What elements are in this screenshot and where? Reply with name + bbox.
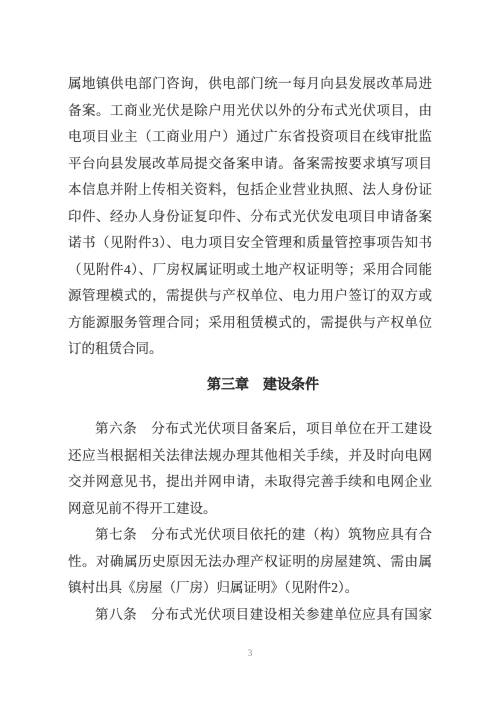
- body-line: 本信息并附上传相关资料，包括企业营业执照、法人身份证复: [68, 177, 432, 204]
- paragraph-article-6: 第六条 分布式光伏项目备案后，项目单位在开工建设前 还应当根据相关法律法规办理其…: [68, 416, 432, 522]
- body-line: 第七条 分布式光伏项目依托的建（构）筑物应具有合法: [68, 522, 432, 549]
- body-line: 网意见前不得开工建设。: [68, 496, 432, 523]
- body-line: 镇村出具《房屋（厂房）归属证明》（见附件2）。: [68, 575, 432, 602]
- body-line: 电项目业主（工商业用户）通过广东省投资项目在线审批监管: [68, 124, 432, 151]
- body-line: 属地镇供电部门咨询，供电部门统一每月向县发展改革局进行: [68, 71, 432, 98]
- body-line: 第八条 分布式光伏项目建设相关参建单位应具有国家规: [68, 602, 432, 629]
- body-line: 印件、经办人身份证复印件、分布式光伏发电项目申请备案承: [68, 204, 432, 231]
- page-number: 3: [0, 648, 500, 658]
- body-line: （见附件4）、厂房权属证明或土地产权证明等；采用合同能: [68, 257, 432, 284]
- body-line: 还应当根据相关法律法规办理其他相关手续，并及时向电网提: [68, 443, 432, 470]
- chapter-heading: 第三章 建设条件: [68, 373, 432, 400]
- body-line: 性。对确属历史原因无法办理产权证明的房屋建筑、需由属地: [68, 549, 432, 576]
- body-line: 交并网意见书，提出并网申请，未取得完善手续和电网企业并: [68, 469, 432, 496]
- body-line: 诺书（见附件3）、电力项目安全管理和质量管控事项告知书: [68, 230, 432, 257]
- body-line: 备案。工商业光伏是除户用光伏以外的分布式光伏项目，由发: [68, 98, 432, 125]
- document-body: 属地镇供电部门咨询，供电部门统一每月向县发展改革局进行 备案。工商业光伏是除户用…: [68, 71, 432, 628]
- body-line: 源管理模式的，需提供与产权单位、电力用户签订的双方或三: [68, 283, 432, 310]
- paragraph-article-7: 第七条 分布式光伏项目依托的建（构）筑物应具有合法 性。对确属历史原因无法办理产…: [68, 522, 432, 602]
- paragraph-filing: 属地镇供电部门咨询，供电部门统一每月向县发展改革局进行 备案。工商业光伏是除户用…: [68, 71, 432, 363]
- body-line: 第六条 分布式光伏项目备案后，项目单位在开工建设前: [68, 416, 432, 443]
- body-line: 订的租赁合同。: [68, 336, 432, 363]
- document-page: 属地镇供电部门咨询，供电部门统一每月向县发展改革局进行 备案。工商业光伏是除户用…: [0, 0, 500, 706]
- paragraph-article-8: 第八条 分布式光伏项目建设相关参建单位应具有国家规: [68, 602, 432, 629]
- body-line: 方能源服务管理合同；采用租赁模式的，需提供与产权单位签: [68, 310, 432, 337]
- body-line: 平台向县发展改革局提交备案申请。备案需按要求填写项目基: [68, 151, 432, 178]
